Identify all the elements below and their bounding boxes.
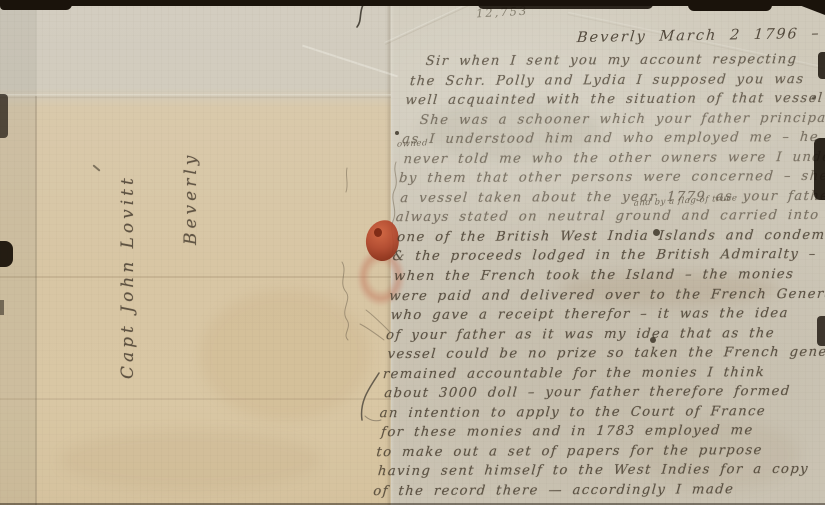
letter-line: & the proceeds lodged in the British Adm… [392, 245, 825, 267]
letter-line: vessel could be no prize so taken the Fr… [387, 343, 820, 365]
letter-line: who gave a receipt therefor – it was the… [390, 304, 823, 326]
letter-line: when the French took the Island – the mo… [393, 265, 825, 287]
scan-edge-left [0, 94, 8, 138]
scan-edge-top [478, 0, 653, 9]
ink-speck [653, 229, 660, 236]
scan-edge-left [0, 241, 13, 267]
scan-edge-left [0, 300, 4, 315]
letter-body: Sir when I sent you my account respectin… [372, 50, 825, 502]
letter-line: She was a schooner which your father pri… [406, 109, 825, 131]
ink-speck [650, 337, 656, 343]
letter-line: the Schr. Polly and Lydia I supposed you… [409, 69, 825, 91]
letter-line: of the record there — accordingly I made [372, 480, 808, 502]
letter-line: remained accountable for the monies I th… [382, 363, 818, 385]
letter-scan: 12,753 Capt John Lovitt Beverly Beverly … [0, 0, 825, 505]
scan-edge-right [817, 316, 825, 346]
letter-line: by them that other persons were concerne… [398, 167, 825, 189]
letter-line: a vessel taken about the year 1779 as yo… [400, 187, 825, 209]
letter-line: Sir when I sent you my account respectin… [408, 50, 825, 72]
horizontal-fold-crease [0, 398, 391, 400]
letter-line: of your father as it was my idea that as… [385, 324, 821, 346]
horizontal-fold-crease [0, 94, 391, 98]
letter-line: an intention to apply to the Court of Fr… [379, 402, 815, 424]
scan-edge-right [814, 138, 825, 200]
letter-line: were paid and delivered over to the Fren… [388, 284, 824, 306]
address-place: Beverly [181, 155, 205, 245]
letter-line: always stated on neutral ground and carr… [395, 206, 825, 228]
paper-stain [60, 430, 320, 490]
ink-speck [812, 96, 816, 100]
letter-line: as I understood him and who employed me … [401, 128, 825, 150]
scan-edge-top [688, 0, 772, 11]
ink-mark [353, 3, 367, 29]
wax-seal-core [374, 228, 382, 237]
ink-speck [395, 131, 399, 135]
letter-line: for these monies and in 1783 employed me [380, 421, 813, 443]
scan-edge-right [818, 52, 825, 79]
letter-line: never told me who the other owners were … [403, 148, 825, 170]
scan-edge-top [0, 0, 72, 10]
letter-line: about 3000 doll – your father therefore … [383, 382, 816, 404]
letter-line: having sent himself to the West Indies f… [377, 460, 810, 482]
interline-insertion: owned [397, 138, 428, 150]
letter-line: well acquainted with the situation of th… [405, 89, 825, 111]
address-recipient: Capt John Lovitt [118, 155, 142, 379]
vertical-fold-crease [35, 96, 37, 505]
letter-line: one of the British West India Islands an… [396, 226, 825, 248]
letter-line: to make out a set of papers for the purp… [376, 441, 812, 463]
